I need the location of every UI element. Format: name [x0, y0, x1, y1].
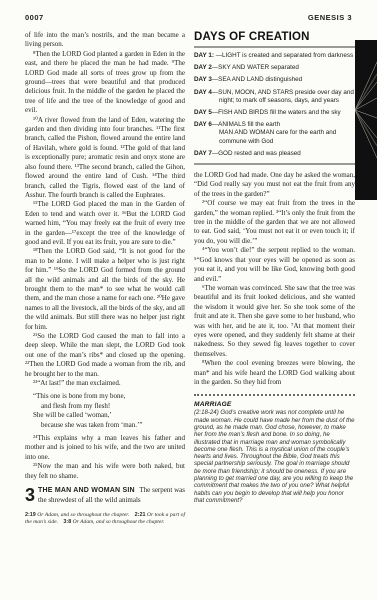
- day-label: DAY 7: [194, 150, 212, 157]
- day-text: —SEA AND LAND distinguished: [212, 76, 302, 83]
- dotted-divider: [194, 394, 355, 396]
- day-entry: DAY 6—ANIMALS fill the earth: [194, 121, 355, 129]
- day-label: DAY 1:: [194, 52, 214, 59]
- day-entry: DAY 1: —LIGHT is created and separated f…: [194, 52, 355, 60]
- running-head: 0007 GENESIS 3: [0, 0, 377, 22]
- footnote-ref: 2:19: [25, 512, 36, 518]
- days-of-creation-box: DAYS OF CREATION DAY 1: —LIGHT is create…: [194, 31, 355, 165]
- book-chapter-title: GENESIS 3: [308, 13, 352, 22]
- right-column: DAYS OF CREATION DAY 1: —LIGHT is create…: [194, 31, 355, 527]
- footnote-ref: 2:21: [135, 512, 146, 518]
- footnotes: 2:19 Or Adam, and so throughout the chap…: [25, 512, 185, 527]
- day-entry: DAY 2—SKY AND WATER separated: [194, 64, 355, 72]
- day-entry: DAY 3—SEA AND LAND distinguished: [194, 76, 355, 84]
- two-column-layout: of life into the man’s nostrils, and the…: [0, 22, 377, 527]
- scripture-paragraph: ⁴“You won’t die!” the serpent replied to…: [194, 246, 355, 284]
- footnote-text: Or Adam, and so throughout the chapter.: [37, 512, 129, 518]
- day-entry: DAY 7—GOD rested and was pleased: [194, 150, 355, 158]
- day-label: DAY 6: [194, 121, 212, 128]
- day-label: DAY 3: [194, 76, 212, 83]
- scripture-paragraph: ²⁵Now the man and his wife were both nak…: [25, 462, 185, 481]
- page-number: 0007: [25, 13, 44, 22]
- note-text: (2:18-24) God’s creative work was not co…: [194, 409, 355, 504]
- scripture-paragraph: of life into the man’s nostrils, and the…: [25, 31, 185, 50]
- day-label: DAY 5: [194, 109, 212, 116]
- poetry-line: “This one is bone from my bone,: [25, 392, 185, 401]
- scripture-paragraph: ²¹So the LORD God caused the man to fall…: [25, 332, 185, 379]
- left-column: of life into the man’s nostrils, and the…: [25, 31, 185, 527]
- note-title: MARRIAGE: [194, 401, 355, 408]
- day-text: —ANIMALS fill the earth: [212, 121, 280, 128]
- day-text: —SUN, MOON, AND STARS preside over day a…: [212, 89, 354, 104]
- rule-divider: [194, 163, 355, 165]
- day-label: DAY 4: [194, 89, 212, 96]
- poetry-block: “This one is bone from my bone, and fles…: [25, 392, 185, 430]
- chapter-3-opening: 3 THE MAN AND WOMAN SIN The serpent was …: [25, 486, 185, 505]
- rule-divider: [194, 46, 355, 48]
- scripture-paragraph: the LORD God had made. One day he asked …: [194, 171, 355, 199]
- scripture-paragraph: ⁶The woman was convinced. She saw that t…: [194, 284, 355, 359]
- day-label: DAY 2: [194, 64, 212, 71]
- day-entry: DAY 4—SUN, MOON, AND STARS preside over …: [194, 89, 355, 105]
- day-text: —SKY AND WATER separated: [212, 64, 299, 71]
- scripture-paragraph: ¹⁵The LORD God placed the man in the Gar…: [25, 200, 185, 247]
- footnote-ref: 3:8: [63, 519, 71, 525]
- scripture-paragraph: ⁸Then the LORD God planted a garden in E…: [25, 50, 185, 116]
- day-entry: DAY 5—FISH AND BIRDS fill the waters and…: [194, 109, 355, 117]
- day-text: —LIGHT is created and separated from dar…: [214, 52, 353, 59]
- scripture-paragraph: ¹⁰A river flowed from the land of Eden, …: [25, 116, 185, 201]
- chapter-number: 3: [25, 487, 35, 503]
- scripture-paragraph: ²³“At last!” the man exclaimed.: [25, 379, 185, 388]
- scripture-paragraph: ¹⁸Then the LORD God said, “It is not goo…: [25, 247, 185, 332]
- scripture-paragraph: ²⁴This explains why a man leaves his fat…: [25, 434, 185, 462]
- scripture-paragraph: ⁸When the cool evening breezes were blow…: [194, 359, 355, 387]
- creation-light-rays-illustration: [355, 40, 377, 200]
- poetry-line: and flesh from my flesh!: [25, 402, 185, 411]
- scripture-paragraph: ²“Of course we may eat fruit from the tr…: [194, 199, 355, 246]
- poetry-line: She will be called ‘woman,’: [25, 411, 185, 420]
- day-text: —FISH AND BIRDS fill the waters and the …: [212, 109, 341, 116]
- bible-page: 0007 GENESIS 3 of life into the man’s no…: [0, 0, 377, 600]
- poetry-line: because she was taken from ‘man.’”: [25, 421, 185, 430]
- day-text-continued: MAN AND WOMAN care for the earth and com…: [194, 129, 355, 145]
- scripture-continuation: the LORD God had made. One day he asked …: [194, 171, 355, 387]
- sidebar-title: DAYS OF CREATION: [194, 31, 355, 46]
- section-heading: THE MAN AND WOMAN SIN: [38, 487, 135, 494]
- footnote-text: Or Adam, and so throughout the chapter.: [73, 519, 165, 525]
- day-text: —GOD rested and was pleased: [212, 150, 301, 157]
- marriage-study-note: MARRIAGE (2:18-24) God’s creative work w…: [194, 401, 355, 504]
